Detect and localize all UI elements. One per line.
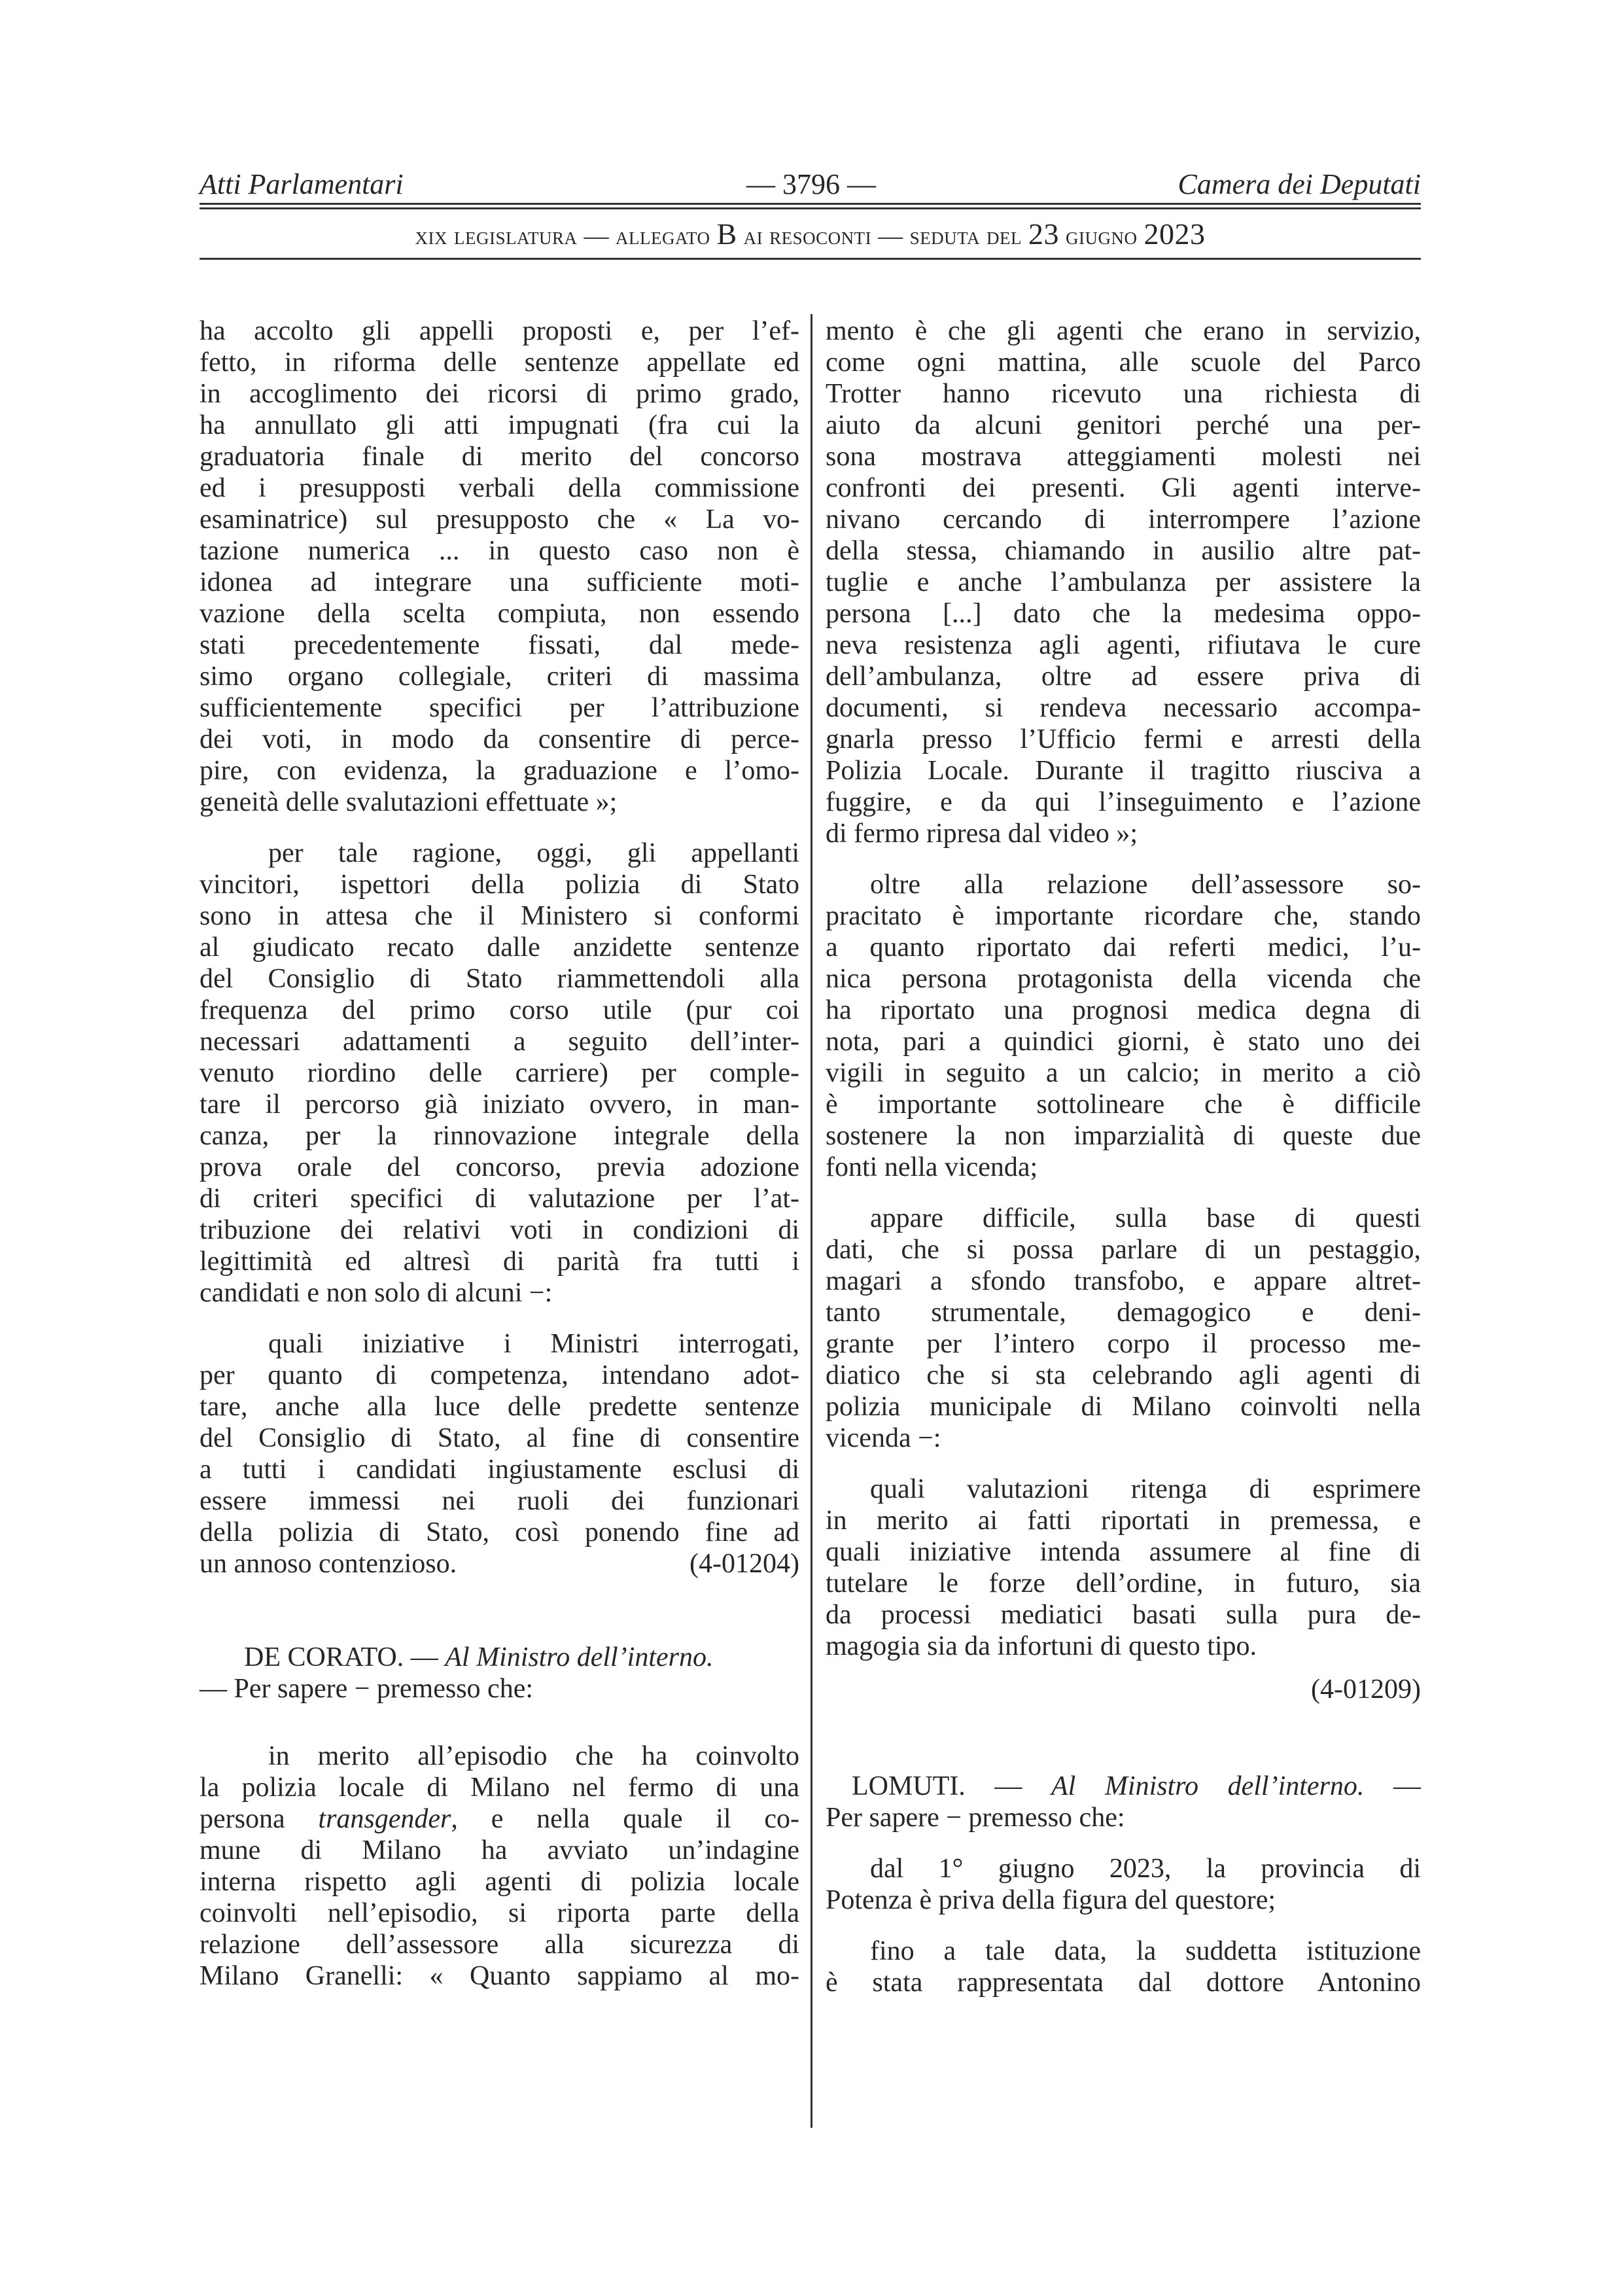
paragraph-text: persona <box>200 1804 285 1834</box>
paragraph-line: vincitori, ispettori della polizia di St… <box>200 869 799 900</box>
paragraph-line: dei voti, in modo da consentire di perce… <box>200 724 799 755</box>
paragraph-line: dell’ambulanza, oltre ad essere priva di <box>826 661 1421 692</box>
chamber-name: Camera dei Deputati <box>1178 165 1421 204</box>
resoconti-label: ai resoconti <box>744 222 872 250</box>
paragraph-line: tazione numerica ... in questo caso non … <box>200 535 799 567</box>
paragraph-line: idonea ad integrare una sufficiente moti… <box>200 567 799 598</box>
allegato-label: allegato <box>616 222 710 250</box>
addressee: Al Ministro dell’interno. <box>445 1642 713 1672</box>
paragraph-line: dal 1° giugno 2023, la provincia di <box>826 1853 1421 1884</box>
paragraph-line: persona transgender, e nella quale il co… <box>200 1803 799 1835</box>
paragraph-line: documenti, si rendeva necessario accompa… <box>826 692 1421 724</box>
paragraph-line: della polizia di Stato, così ponendo fin… <box>200 1517 799 1548</box>
paragraph-line: tuglie e anche l’ambulanza per assistere… <box>826 567 1421 598</box>
dash: — <box>1393 1771 1421 1801</box>
paragraph-line: è importante sottolineare che è difficil… <box>826 1089 1421 1120</box>
paragraph-line: ed i presupposti verbali della commissio… <box>200 472 799 504</box>
paragraph-line: coinvolti nell’episodio, si riporta part… <box>200 1898 799 1929</box>
paragraph-line: pire, con evidenza, la graduazione e l’o… <box>200 755 799 786</box>
paragraph-line: del Consiglio di Stato riammettendoli al… <box>200 963 799 995</box>
paragraph-line: sono in attesa che il Ministero si confo… <box>200 900 799 932</box>
paragraph-line: Trotter hanno ricevuto una richiesta di <box>826 378 1421 410</box>
paragraph-line: persona [...] dato che la medesima oppo- <box>826 598 1421 629</box>
paragraph-text: , e nella quale il co- <box>451 1804 799 1834</box>
paragraph-line: nivano cercando di interrompere l’azione <box>826 504 1421 535</box>
paragraph-line: sona mostrava atteggiamenti molesti nei <box>826 441 1421 472</box>
page-number: — 3796 — <box>713 165 909 204</box>
paragraph-line: mune di Milano ha avviato un’indagine <box>200 1835 799 1866</box>
question-id: (4-01204) <box>689 1548 799 1580</box>
paragraph-line: grante per l’intero corpo il processo me… <box>826 1328 1421 1360</box>
paragraph-line: esaminatrice) sul presupposto che « La v… <box>200 504 799 535</box>
paragraph-line: simo organo collegiale, criteri di massi… <box>200 661 799 692</box>
dash: — <box>411 1642 438 1672</box>
paragraph-line: fuggire, e da qui l’inseguimento e l’azi… <box>826 786 1421 818</box>
italic-term: transgender <box>318 1804 451 1834</box>
paragraph-line: di criteri specifici di valutazione per … <box>200 1183 799 1214</box>
paragraph-line: relazione dell’assessore alla sicurezza … <box>200 1929 799 1960</box>
paragraph-line: per tale ragione, oggi, gli appellanti <box>200 838 799 869</box>
paragraph-line: magari a sfondo transfobo, e appare altr… <box>826 1265 1421 1297</box>
paragraph-line: polizia municipale di Milano coinvolti n… <box>826 1391 1421 1422</box>
paragraph-line: Potenza è priva della figura del questor… <box>826 1884 1421 1916</box>
paragraph-line: gnarla presso l’Ufficio fermi e arresti … <box>826 724 1421 755</box>
paragraph-line: appare difficile, sulla base di questi <box>826 1203 1421 1234</box>
paragraph-line: necessari adattamenti a seguito dell’int… <box>200 1026 799 1057</box>
column-divider <box>811 314 812 2128</box>
paragraph-line: nica persona protagonista della vicenda … <box>826 963 1421 995</box>
dash: — <box>994 1771 1022 1801</box>
paragraph-line: canza, per la rinnovazione integrale del… <box>200 1120 799 1152</box>
header-double-rule-top <box>200 203 1421 205</box>
session-day: 23 <box>1028 217 1059 251</box>
interrogation-preamble: Per sapere − premesso che: <box>826 1802 1421 1833</box>
header-rule <box>200 258 1421 260</box>
session-month: giugno <box>1066 222 1137 250</box>
paragraph-line: mento è che gli agenti che erano in serv… <box>826 315 1421 347</box>
paragraph-line: tribuzione dei relativi voti in condizio… <box>200 1214 799 1246</box>
paragraph-line: graduatoria finale di merito del concors… <box>200 441 799 472</box>
paragraph-text: un annoso contenzioso. <box>200 1548 457 1580</box>
paragraph-line: Milano Granelli: « Quanto sappiamo al mo… <box>200 1960 799 1992</box>
paragraph-line: neva resistenza agli agenti, rifiutava l… <box>826 629 1421 661</box>
paragraph-line: essere immessi nei ruoli dei funzionari <box>200 1485 799 1517</box>
question-id: (4-01209) <box>826 1674 1421 1705</box>
paragraph-line: a quanto riportato dai referti medici, l… <box>826 932 1421 963</box>
author-name: DE CORATO. <box>244 1642 404 1672</box>
interrogation-preamble: — Per sapere − premesso che: <box>200 1673 799 1704</box>
paragraph-line: geneità delle svalutazioni effettuate »; <box>200 786 799 818</box>
paragraph-line: in accoglimento dei ricorsi di primo gra… <box>200 378 799 410</box>
paragraph-line: diatico che si sta celebrando agli agent… <box>826 1360 1421 1391</box>
paragraph-line: aiuto da alcuni genitori perché una per- <box>826 410 1421 441</box>
paragraph-line: fonti nella vicenda; <box>826 1152 1421 1183</box>
header-double-rule-bottom <box>200 207 1421 209</box>
paragraph-line: vigili in seguito a un calcio; in merito… <box>826 1057 1421 1089</box>
paragraph-line: quali iniziative intenda assumere al fin… <box>826 1536 1421 1568</box>
paragraph-line: in merito all’episodio che ha coinvolto <box>200 1740 799 1772</box>
interrogation-heading: LOMUTI. — Al Ministro dell’interno. — <box>826 1771 1421 1802</box>
paragraph-line: magogia sia da infortuni di questo tipo. <box>826 1631 1421 1662</box>
paragraph-line: legittimità ed altresì di parità fra tut… <box>200 1246 799 1277</box>
paragraph-line: ha accolto gli appelli proposti e, per l… <box>200 315 799 347</box>
session-subheader: xix legislatura — allegato B ai resocont… <box>200 215 1421 256</box>
paragraph-line: la polizia locale di Milano nel fermo di… <box>200 1772 799 1803</box>
paragraph-line: ha annullato gli atti impugnati (fra cui… <box>200 410 799 441</box>
document-page: Atti Parlamentari — 3796 — Camera dei De… <box>0 0 1623 2296</box>
paragraph-line: vazione della scelta compiuta, non essen… <box>200 598 799 629</box>
allegato-letter: B <box>716 217 737 251</box>
paragraph-line: sufficientemente specifici per l’attribu… <box>200 692 799 724</box>
paragraph-line: sostenere la non imparzialità di queste … <box>826 1120 1421 1152</box>
paragraph-line: a tutti i candidati ingiustamente esclus… <box>200 1454 799 1485</box>
separator: — <box>878 222 903 250</box>
paragraph-line: tutelare le forze dell’ordine, in futuro… <box>826 1568 1421 1599</box>
paragraph-line: dati, che si possa parlare di un pestagg… <box>826 1234 1421 1265</box>
paragraph-line: fino a tale data, la suddetta istituzion… <box>826 1935 1421 1967</box>
paragraph-line: fetto, in riforma delle sentenze appella… <box>200 347 799 378</box>
paragraph-line: come ogni mattina, alle scuole del Parco <box>826 347 1421 378</box>
paragraph-line: candidati e non solo di alcuni −: <box>200 1277 799 1309</box>
paragraph-line: frequenza del primo corso utile (pur coi <box>200 995 799 1026</box>
paragraph-line: nota, pari a quindici giorni, è stato un… <box>826 1026 1421 1057</box>
paragraph-line: per quanto di competenza, intendano adot… <box>200 1360 799 1391</box>
paragraph-line: della stessa, chiamando in ausilio altre… <box>826 535 1421 567</box>
paragraph-line-with-id: un annoso contenzioso.(4-01204) <box>200 1548 799 1580</box>
paragraph-line: di fermo ripresa dal video »; <box>826 818 1421 849</box>
paragraph-line: oltre alla relazione dell’assessore so- <box>826 869 1421 900</box>
paragraph-line: è stata rappresentata dal dottore Antoni… <box>826 1967 1421 1998</box>
paragraph-line: al giudicato recato dalle anzidette sent… <box>200 932 799 963</box>
paragraph-line: venuto riordino delle carriere) per comp… <box>200 1057 799 1089</box>
paragraph-line: Polizia Locale. Durante il tragitto rius… <box>826 755 1421 786</box>
addressee: Al Ministro dell’interno. <box>1051 1771 1364 1801</box>
paragraph-line: pracitato è importante ricordare che, st… <box>826 900 1421 932</box>
separator: — <box>584 222 610 250</box>
session-year: 2023 <box>1143 217 1205 251</box>
publication-title: Atti Parlamentari <box>200 165 404 204</box>
paragraph-line: interna rispetto agli agenti di polizia … <box>200 1866 799 1898</box>
paragraph-line: tare il percorso già iniziato ovvero, in… <box>200 1089 799 1120</box>
interrogation-heading: DE CORATO. — Al Ministro dell’interno. <box>200 1642 799 1673</box>
paragraph-line: ha riportato una prognosi medica degna d… <box>826 995 1421 1026</box>
paragraph-line: quali valutazioni ritenga di esprimere <box>826 1474 1421 1505</box>
author-name: LOMUTI. <box>852 1771 966 1801</box>
paragraph-line: tanto strumentale, demagogico e deni- <box>826 1297 1421 1328</box>
legislatura-label: xix legislatura <box>415 222 578 250</box>
paragraph-line: prova orale del concorso, previa adozion… <box>200 1152 799 1183</box>
paragraph-line: tare, anche alla luce delle predette sen… <box>200 1391 799 1422</box>
paragraph-line: confronti dei presenti. Gli agenti inter… <box>826 472 1421 504</box>
paragraph-line: vicenda −: <box>826 1422 1421 1454</box>
seduta-label: seduta del <box>910 222 1022 250</box>
paragraph-line: del Consiglio di Stato, al fine di conse… <box>200 1422 799 1454</box>
paragraph-line: da processi mediatici basati sulla pura … <box>826 1599 1421 1631</box>
paragraph-line: in merito ai fatti riportati in premessa… <box>826 1505 1421 1536</box>
paragraph-line: stati precedentemente fissati, dal mede- <box>200 629 799 661</box>
paragraph-line: quali iniziative i Ministri interrogati, <box>200 1328 799 1360</box>
